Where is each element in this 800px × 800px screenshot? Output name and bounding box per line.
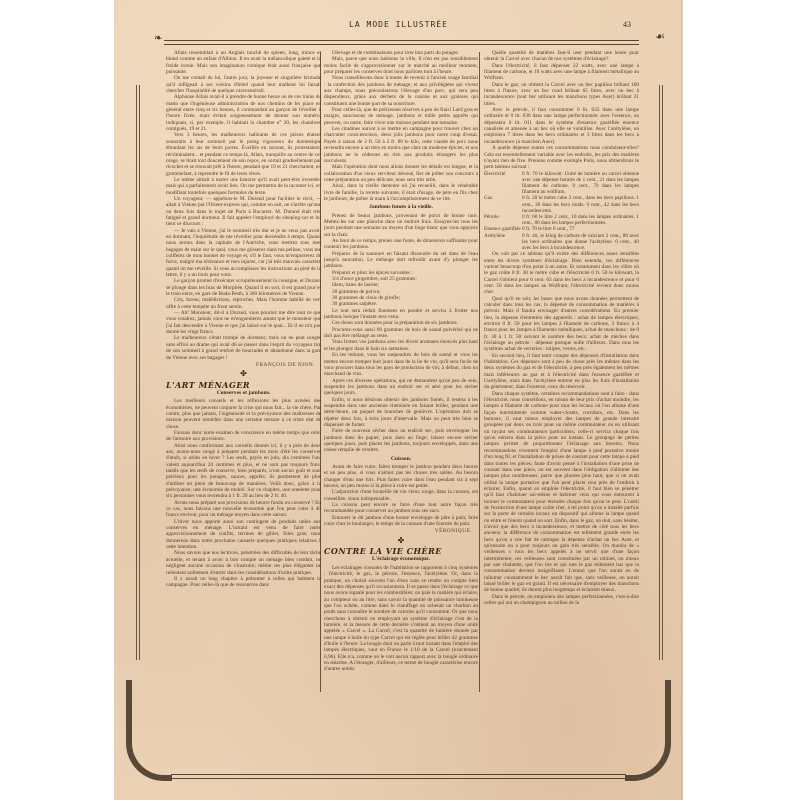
column-3: Quelle quantité de matières faut-il user…	[484, 50, 639, 606]
paragraph: — Je vais à Vienne, j'ai le sommeil très…	[166, 228, 321, 279]
system-cost: 0 fr. 70 le kilowatt. Unité de lumière o…	[522, 171, 639, 196]
system-cost: 0 fr. 60 le litre 2 cent., 10 dans les l…	[522, 214, 639, 226]
section-subtitle: Conserves et jambons.	[166, 390, 321, 396]
paragraph: Dans le gaz, on obtient la Carcel avec u…	[484, 82, 639, 107]
paragraph: Avant de faire cuire, faites tremper le …	[324, 464, 478, 489]
paragraph: Dans le pétrole, on emploiera des lampes…	[484, 594, 639, 607]
paragraph: Nous conseillerons donc à toutes de reve…	[324, 75, 478, 107]
right-corner-ornament	[625, 680, 671, 781]
recipe-text-2: Le tout sera réduit finement en poudre e…	[324, 308, 478, 454]
right-frame-border	[659, 85, 663, 660]
paragraph: En second lieu, il faut tenir compte des…	[484, 353, 639, 391]
column-1: Allais ressemblait à un Anglais touché d…	[166, 50, 321, 589]
section-title-text: L'ART MÉNAGER	[166, 380, 250, 390]
recipe-text: Prenez de beaux jambons, provenant de po…	[324, 213, 478, 276]
paragraph: Vers 3 heures, les malheureux habitants …	[166, 132, 321, 176]
paragraph: Il y aurait un long chapitre à présenter…	[166, 576, 321, 589]
paragraph: Quelle quantité de matières faut-il user…	[484, 50, 639, 63]
system-name: Électricité	[484, 171, 522, 196]
paragraph: Les meilleurs conseils et les réflexions…	[166, 398, 321, 430]
article-conserves-cont: l'élevage et de combinaisons pour tirer …	[324, 50, 478, 202]
left-frame-border	[136, 85, 140, 660]
paragraph: Dans chaque système, certaines recommand…	[484, 391, 639, 594]
paragraph: Alphonse Allais avait-il à prendre de bo…	[166, 94, 321, 132]
signature: FRANÇOIS DE NION.	[166, 362, 315, 368]
paragraph: Vous frottez vos jambons avec les divers…	[324, 339, 478, 352]
paragraph: Faire de nouveau sécher dans un endroit …	[324, 428, 478, 453]
article-conserves: Les meilleurs conseils et les réflexions…	[166, 398, 321, 588]
magazine-page: ❧ LA MODE ILLUSTRÉE 43 ☙ Allais ressembl…	[114, 0, 683, 800]
recipe-title: Jambons fumés à la vieille.	[324, 204, 478, 210]
article-eclairage: Les éclairages courants de l'habitation …	[324, 565, 478, 673]
paragraph: Les éclairages courants de l'habitation …	[324, 565, 478, 673]
paragraph: Ainsi, dans la vieille demeure où j'ai r…	[324, 183, 478, 202]
paragraph: Préparez de la saumure en faisant dissou…	[324, 251, 478, 270]
cooking-title: Cuisson.	[324, 456, 478, 462]
system-name: Pétrole	[484, 214, 522, 226]
masthead-title: LA MODE ILLUSTRÉE	[114, 20, 683, 29]
paragraph: Quoi qu'il en soit, les bases que nous a…	[484, 296, 639, 353]
system-name: Gaz	[484, 195, 522, 214]
section-title-art-menager: L'ART MÉNAGER	[166, 382, 321, 388]
paragraph: Les citadines auront à se mettre en camp…	[324, 126, 478, 164]
paragraph: Le malheureux s'était trompé de dormeur;…	[166, 335, 321, 360]
paragraph: Avec le pétrole, il faut consommer 0 lit…	[484, 107, 639, 145]
system-name: Acétylène	[484, 233, 522, 252]
paragraph: On voit par ce tableau qu'il existe des …	[484, 251, 639, 295]
paragraph: Après ces diverses opérations, qui ne de…	[324, 378, 478, 397]
paragraph: Le même aimait à narrer une histoire qu'…	[166, 177, 321, 196]
signature: VÉRONIQUE.	[324, 528, 472, 534]
paragraph: Mais, parce que nous habitons la ville, …	[324, 56, 478, 75]
price-table-row: Électricité0 fr. 70 le kilowatt. Unité d…	[484, 171, 639, 196]
paragraph: Ces doses sont données pour la préparati…	[324, 320, 478, 326]
price-table: Électricité0 fr. 70 le kilowatt. Unité d…	[484, 171, 639, 252]
article-eclairage-cont-2: On voit par ce tableau qu'il existe des …	[484, 251, 639, 606]
left-corner-ornament	[126, 680, 172, 781]
price-table-row: Gaz0 fr. 20 le mètre cube 2 cent., dans …	[484, 195, 639, 214]
paragraph: Allais ressemblait à un Anglais touché d…	[166, 50, 321, 75]
column-divider	[479, 52, 480, 692]
paragraph: Avons-nous préparé nos provisions de beu…	[166, 500, 321, 519]
system-cost: 0 fr. 40, le kilog de carbure de calcium…	[522, 233, 639, 252]
section-title-text: CONTRE LA VIE CHÈRE	[324, 546, 442, 556]
paragraph: Un voyageur, — appelons-le M. Durand pou…	[166, 196, 321, 228]
paragraph: En les retirant, vous les saupoudrez de …	[324, 352, 478, 377]
paragraph: Mais l'opération dont nous allons donner…	[324, 164, 478, 183]
paragraph: Entourer le dit jambon d'une bonne envel…	[324, 515, 478, 528]
paragraph: Au bout de ce temps, prenez une fonte, d…	[324, 238, 478, 251]
article-eclairage-cont: Quelle quantité de matières faut-il user…	[484, 50, 639, 171]
paragraph: On me contait de lui, l'autre jour, la j…	[166, 75, 321, 94]
paragraph: Faisons donc notre examen de conscience …	[166, 430, 321, 443]
paragraph: Dans l'électricité, il faut dépenser 22 …	[484, 63, 639, 82]
paragraph: Procurez-vous aussi 60 grammes de bois d…	[324, 327, 478, 340]
column-2: l'élevage et de combinaisons pour tirer …	[324, 50, 478, 673]
article-allais: Allais ressemblait à un Anglais touché d…	[166, 50, 321, 361]
cooking-text: Avant de faire cuire, faites tremper le …	[324, 464, 478, 527]
paragraph: L'adjonction d'une bouteille de vin vieu…	[324, 489, 478, 502]
paragraph: Ainsi nous conformant aux conseils donné…	[166, 443, 321, 500]
paragraph: A quelle dépense toutes ces consommation…	[484, 145, 639, 170]
page-number: 43	[623, 20, 631, 29]
section-subtitle: L'éclairage économique.	[324, 556, 478, 562]
paragraph: Nous savons que nos lectrices, pénétrées…	[166, 550, 321, 575]
section-title-vie-chere: CONTRE LA VIE CHÈRE	[324, 548, 478, 554]
paragraph: Le tout sera réduit finement en poudre e…	[324, 308, 478, 321]
system-cost: 0 fr. 20 le mètre cube 2 cent., dans les…	[522, 195, 639, 214]
floral-scroll-icon: ☙	[655, 30, 665, 43]
paragraph: Le garçon promet d'exécuter scrupuleusem…	[166, 278, 321, 297]
paragraph: Prenez de beaux jambons, provenant de po…	[324, 213, 478, 238]
spice-list: 3/4 d'once gingembre, soit 25 grammes;Id…	[324, 276, 478, 308]
paragraph: Enfin, si nous désirons obtenir des jamb…	[324, 397, 478, 429]
price-table-row: Pétrole0 fr. 60 le litre 2 cent., 10 dan…	[484, 214, 639, 226]
header-rule	[164, 40, 639, 45]
bottom-rule	[171, 774, 626, 779]
page-edge-shadow	[681, 0, 683, 800]
decorative-border-icon	[126, 730, 671, 780]
fleuron-icon: ✤	[324, 538, 478, 544]
paragraph: Pour celles-là, que de précieuses réserv…	[324, 107, 478, 126]
floral-scroll-icon: ❧	[154, 33, 162, 44]
paragraph: — Ah! Monsieur, dit-il à Durand, vous po…	[166, 310, 321, 335]
paragraph: Cris, fureur, malédictions, reproches. M…	[166, 297, 321, 310]
paragraph: L'hiver nous apporte aussi son contingen…	[166, 519, 321, 551]
paragraph: La cuisson peut encore se faire d'une to…	[324, 502, 478, 515]
fleuron-icon: ✤	[166, 371, 321, 377]
price-table-row: Acétylène0 fr. 40, le kilog de carbure d…	[484, 233, 639, 252]
